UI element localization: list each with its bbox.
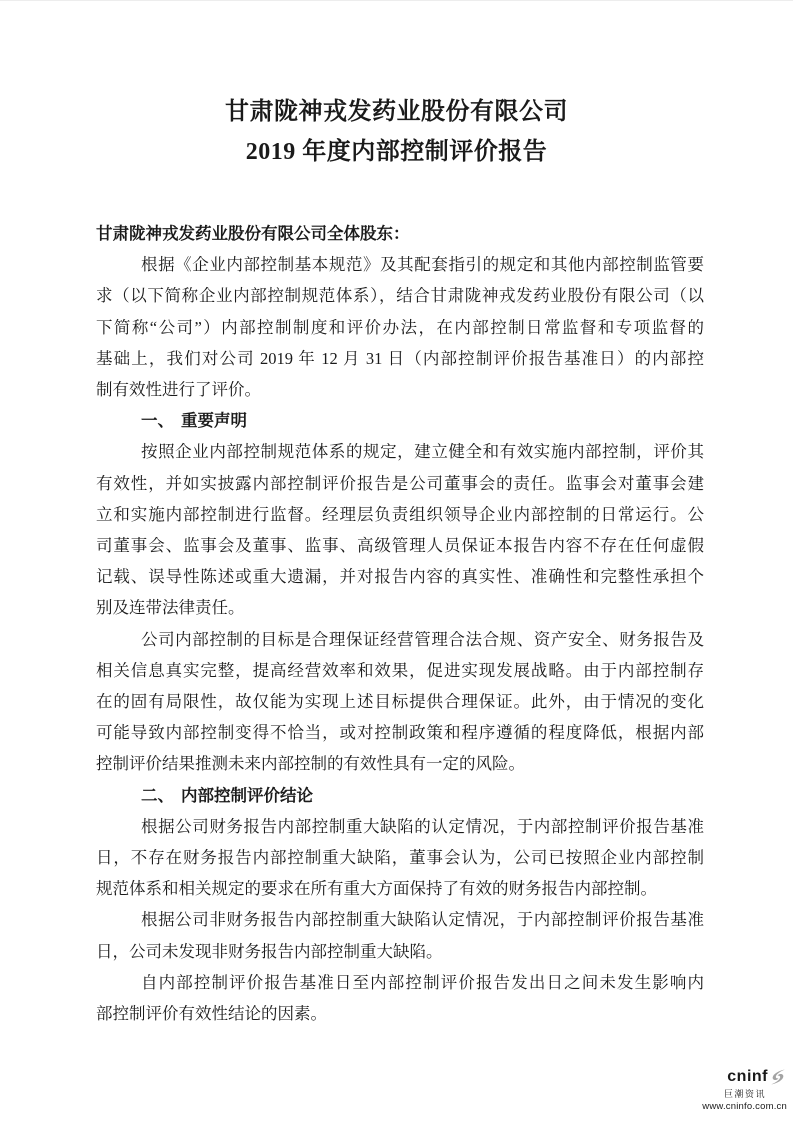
document-page: 甘肃陇神戎发药业股份有限公司 2019 年度内部控制评价报告 甘肃陇神戎发药业股… (0, 0, 793, 1122)
text-line: 制有效性进行了评价。 (96, 374, 704, 405)
cninfo-logo: cninf 巨潮资讯 www.cninfo.com.cn (702, 1068, 787, 1112)
document-body: 甘肃陇神戎发药业股份有限公司全体股东： 根据《企业内部控制基本规范》及其配套指引… (96, 218, 704, 1029)
text-line: 根据《企业内部控制基本规范》及其配套指引的规定和其他内部控制监管要 (96, 249, 704, 280)
text-line: 别及连带法律责任。 (96, 592, 704, 623)
cninfo-url: www.cninfo.com.cn (702, 1101, 787, 1112)
text-line: 根据公司财务报告内部控制重大缺陷的认定情况，于内部控制评价报告基准 (96, 811, 704, 842)
document-title-line-1: 甘肃陇神戎发药业股份有限公司 (0, 92, 793, 132)
section-heading: 二、内部控制评价结论 (96, 780, 704, 811)
cninfo-swirl-icon (769, 1068, 787, 1086)
heading-number: 一、 (141, 411, 174, 430)
text-line: 求（以下简称企业内部控制规范体系），结合甘肃陇神戎发药业股份有限公司（以 (96, 280, 704, 311)
text-line: 公司内部控制的目标是合理保证经营管理合法合规、资产安全、财务报告及 (96, 624, 704, 655)
cninfo-logo-text: cninf (727, 1069, 768, 1085)
text-line: 根据公司非财务报告内部控制重大缺陷认定情况，于内部控制评价报告基准 (96, 904, 704, 935)
heading-title: 内部控制评价结论 (181, 786, 313, 805)
text-line: 下简称“公司”）内部控制制度和评价办法，在内部控制日常监督和专项监督的 (96, 312, 704, 343)
text-line: 司董事会、监事会及董事、监事、高级管理人员保证本报告内容不存在任何虚假 (96, 530, 704, 561)
text-line: 记载、误导性陈述或重大遗漏，并对报告内容的真实性、准确性和完整性承担个 (96, 561, 704, 592)
text-line: 规范体系和相关规定的要求在所有重大方面保持了有效的财务报告内部控制。 (96, 873, 704, 904)
text-line: 可能导致内部控制变得不恰当，或对控制政策和程序遵循的程度降低，根据内部 (96, 717, 704, 748)
text-line: 有效性，并如实披露内部控制评价报告是公司董事会的责任。监事会对董事会建 (96, 468, 704, 499)
section-heading: 一、重要声明 (96, 405, 704, 436)
heading-number: 二、 (141, 786, 174, 805)
text-line: 日，公司未发现非财务报告内部控制重大缺陷。 (96, 936, 704, 967)
text-line: 日，不存在财务报告内部控制重大缺陷，董事会认为，公司已按照企业内部控制 (96, 842, 704, 873)
salutation-line: 甘肃陇神戎发药业股份有限公司全体股东： (96, 218, 704, 249)
text-line: 控制评价结果推测未来内部控制的有效性具有一定的风险。 (96, 748, 704, 779)
text-line: 自内部控制评价报告基准日至内部控制评价报告发出日之间未发生影响内 (96, 967, 704, 998)
text-line: 立和实施内部控制进行监督。经理层负责组织领导企业内部控制的日常运行。公 (96, 499, 704, 530)
text-line: 相关信息真实完整，提高经营效率和效果，促进实现发展战略。由于内部控制存 (96, 655, 704, 686)
heading-title: 重要声明 (181, 411, 247, 430)
text-line: 在的固有局限性，故仅能为实现上述目标提供合理保证。此外，由于情况的变化 (96, 686, 704, 717)
text-line: 部控制评价有效性结论的因素。 (96, 998, 704, 1029)
cninfo-chinese-label: 巨潮资讯 (702, 1087, 766, 1100)
cninfo-logo-row: cninf (702, 1068, 787, 1086)
text-line: 基础上，我们对公司 2019 年 12 月 31 日（内部控制评价报告基准日）的… (96, 343, 704, 374)
text-line: 按照企业内部控制规范体系的规定，建立健全和有效实施内部控制，评价其 (96, 436, 704, 467)
document-title-line-2: 2019 年度内部控制评价报告 (0, 132, 793, 172)
document-title: 甘肃陇神戎发药业股份有限公司 2019 年度内部控制评价报告 (0, 1, 793, 172)
